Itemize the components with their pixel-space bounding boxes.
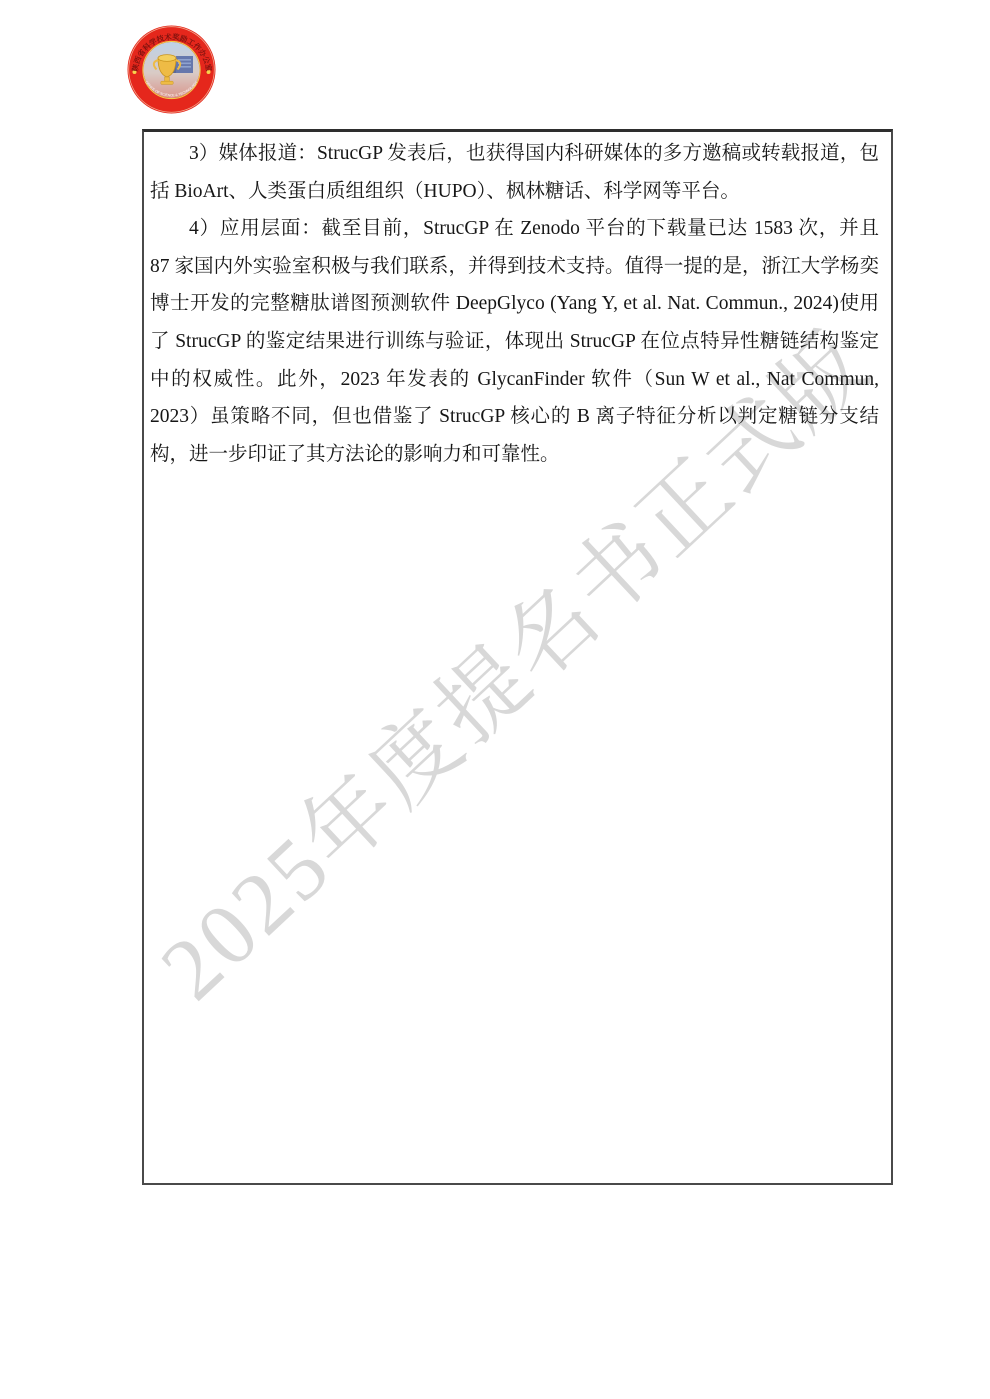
- seal-graphic: 陕西省科学技术奖励工作办公室 OFFICE OF SCIENCE & TECHN…: [127, 25, 216, 114]
- document-page: 陕西省科学技术奖励工作办公室 OFFICE OF SCIENCE & TECHN…: [0, 0, 990, 1399]
- organization-seal: 陕西省科学技术奖励工作办公室 OFFICE OF SCIENCE & TECHN…: [127, 25, 216, 114]
- content-box: 3）媒体报道：StrucGP 发表后，也获得国内科研媒体的多方邀稿或转载报道，包…: [142, 129, 893, 1185]
- paragraph-application-level: 4）应用层面：截至目前，StrucGP 在 Zenodo 平台的下载量已达 15…: [150, 210, 879, 473]
- paragraph-media-coverage: 3）媒体报道：StrucGP 发表后，也获得国内科研媒体的多方邀稿或转载报道，包…: [150, 135, 879, 210]
